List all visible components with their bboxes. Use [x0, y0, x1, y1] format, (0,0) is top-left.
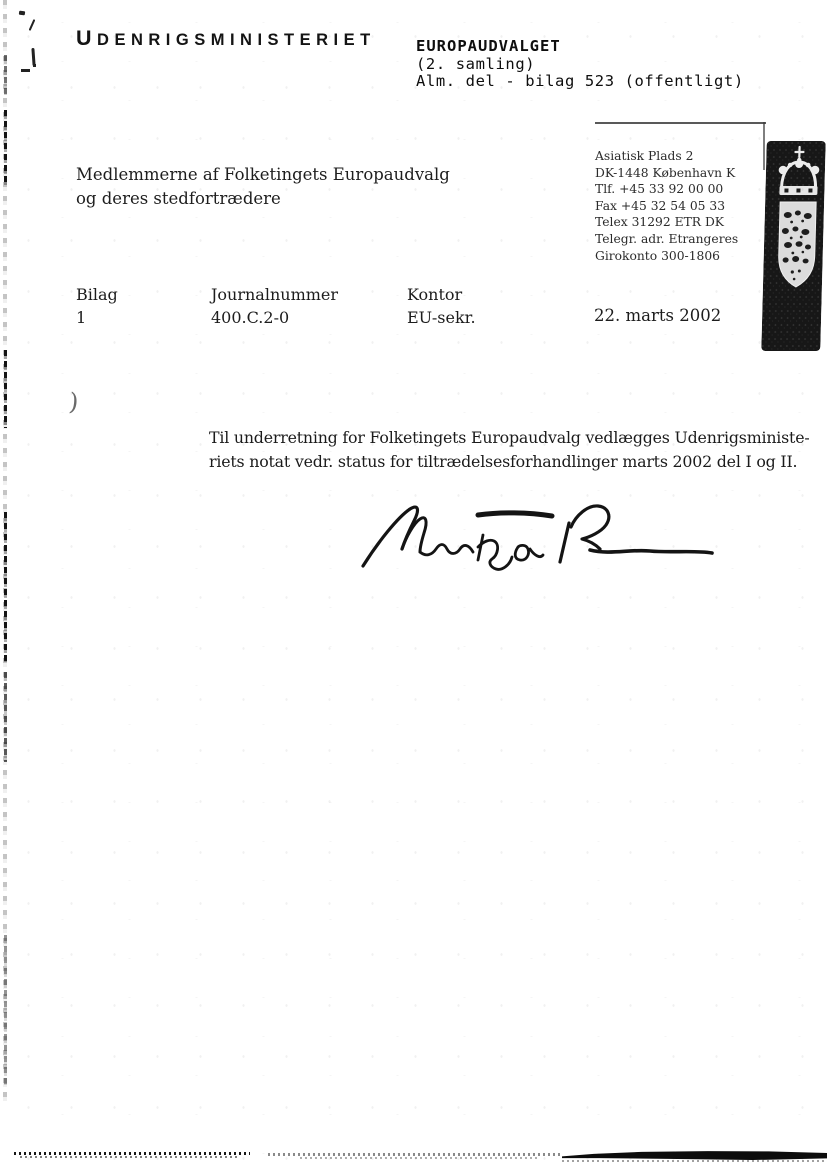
scan-artifact-bottom-band — [14, 1152, 250, 1155]
scan-artifact-paren-mark: ) — [68, 388, 80, 417]
kontor-label: Kontor — [407, 283, 476, 306]
reference-kontor: Kontor EU-sekr. — [407, 283, 476, 329]
scan-artifact-edge-segment — [4, 110, 7, 185]
scan-artifact-speck — [19, 11, 25, 16]
bilag-label: Bilag — [76, 283, 118, 306]
scan-artifact-speck — [29, 19, 36, 31]
contact-phone-line: Tlf. +45 33 92 00 00 — [595, 181, 738, 198]
contact-fax-line: Fax +45 32 54 05 33 — [595, 198, 738, 215]
body-line-1: Til underretning for Folketingets Europa… — [209, 426, 810, 450]
contact-telex-line: Telex 31292 ETR DK — [595, 214, 738, 231]
handwritten-signature — [350, 497, 730, 585]
committee-stamp: EUROPAUDVALGET (2. samling) Alm. del - b… — [416, 38, 744, 91]
recipient-block: Medlemmerne af Folketingets Europaudvalg… — [76, 163, 450, 211]
scan-artifact-speck — [33, 64, 36, 67]
letterhead-rule-vertical — [763, 122, 765, 170]
scanned-letter-page: UDENRIGSMINISTERIET EUROPAUDVALGET (2. s… — [0, 0, 827, 1163]
kontor-value: EU-sekr. — [407, 306, 476, 329]
body-line-2: riets notat vedr. status for tiltrædelse… — [209, 450, 810, 474]
journal-value: 400.C.2-0 — [211, 306, 338, 329]
letter-date: 22. marts 2002 — [594, 306, 721, 325]
stamp-line-case: Alm. del - bilag 523 (offentligt) — [416, 73, 744, 91]
letterhead-rule-horizontal — [595, 122, 766, 124]
contact-giro-line: Girokonto 300-1806 — [595, 248, 738, 265]
scan-artifact-speck — [21, 69, 30, 72]
scan-artifact-bottom-band — [562, 1160, 827, 1162]
scan-artifact-edge-segment — [4, 55, 7, 95]
scan-artifact-bottom-band — [300, 1157, 540, 1159]
recipient-line-2: og deres stedfortrædere — [76, 187, 450, 211]
scan-artifact-edge-segment — [4, 350, 7, 428]
contact-telegram-line: Telegr. adr. Etrangeres — [595, 231, 738, 248]
contact-city-line: DK-1448 København K — [595, 165, 738, 182]
stamp-line-session: (2. samling) — [416, 56, 744, 74]
danish-royal-coat-of-arms-icon — [761, 141, 825, 351]
recipient-line-1: Medlemmerne af Folketingets Europaudvalg — [76, 163, 450, 187]
contact-block: Asiatisk Plads 2 DK-1448 København K Tlf… — [595, 148, 738, 264]
scan-artifact-bottom-band — [268, 1153, 562, 1156]
contact-address-line: Asiatisk Plads 2 — [595, 148, 738, 165]
coat-of-arms-banner — [761, 141, 825, 351]
reference-bilag: Bilag 1 — [76, 283, 118, 329]
stamp-line-committee: EUROPAUDVALGET — [416, 38, 744, 56]
bilag-value: 1 — [76, 306, 118, 329]
body-paragraph: Til underretning for Folketingets Europa… — [209, 426, 810, 473]
scan-artifact-edge-segment — [4, 672, 7, 762]
scan-artifact-edge-segment — [4, 512, 7, 662]
scan-artifact-edge-segment — [4, 935, 7, 1085]
journal-label: Journalnummer — [211, 283, 338, 306]
reference-journal: Journalnummer 400.C.2-0 — [211, 283, 338, 329]
scan-artifact-bottom-band — [20, 1156, 240, 1158]
ministry-wordmark: UDENRIGSMINISTERIET — [76, 26, 376, 51]
